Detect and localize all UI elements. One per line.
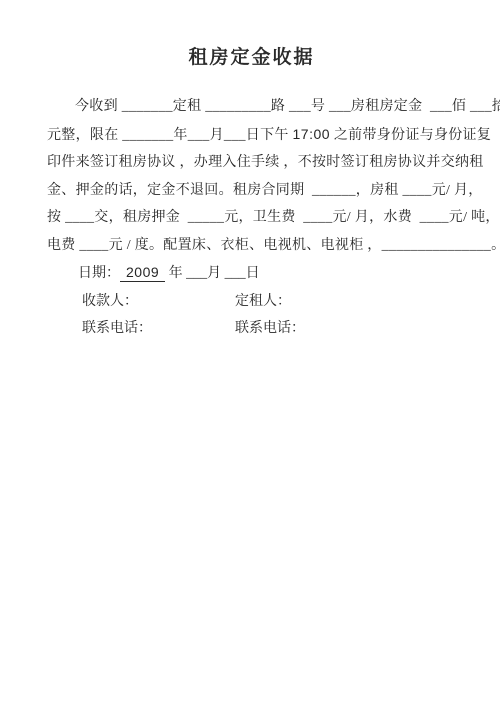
receipt-body: 今收到 _______定租 _________路 ___号 ___房租房定金 _…	[47, 93, 456, 259]
date-line: 日期：2009 年 ___月 ___日	[47, 260, 456, 288]
renter-label: 定租人：	[235, 294, 291, 309]
date-label: 日期：	[78, 266, 120, 281]
body-line-2: 元整，限在 _______年___月___日下午 17:00 之前带身份证与身份…	[47, 121, 456, 150]
document-title: 租房定金收据	[47, 42, 456, 69]
body-line-2-text-after: 之前带身份证与身份证复	[330, 128, 491, 143]
deadline-time-value: 17:00	[293, 126, 331, 142]
body-line-2-text-before: 元整，限在 _______年___月___日下午	[47, 128, 293, 143]
signature-row-phones: 联系电话：联系电话：	[47, 315, 456, 343]
phone-right-label: 联系电话：	[235, 321, 305, 336]
body-line-6: 电费 ____元 / 度。配置床、衣柜、电视机、电视柜 ，___________…	[47, 232, 456, 260]
date-suffix: 年 ___月 ___日	[165, 266, 260, 281]
body-line-1: 今收到 _______定租 _________路 ___号 ___房租房定金 _…	[47, 93, 456, 121]
body-line-4: 金、押金的话，定金不退回。租房合同期 ______，房租 ____元/ 月，	[47, 177, 456, 205]
signature-row-names: 收款人：定租人：	[47, 288, 456, 316]
body-line-3: 印件来签订租房协议 ，办理入住手续 ，不按时签订租房协议并交纳租	[47, 149, 456, 177]
body-line-5: 按 ____交，租房押金 _____元，卫生费 ____元/ 月，水费 ____…	[47, 204, 456, 232]
payee-label: 收款人：	[82, 288, 235, 316]
receipt-document: 租房定金收据 今收到 _______定租 _________路 ___号 ___…	[0, 0, 500, 708]
phone-left-label: 联系电话：	[82, 315, 235, 343]
year-value: 2009	[120, 264, 165, 282]
